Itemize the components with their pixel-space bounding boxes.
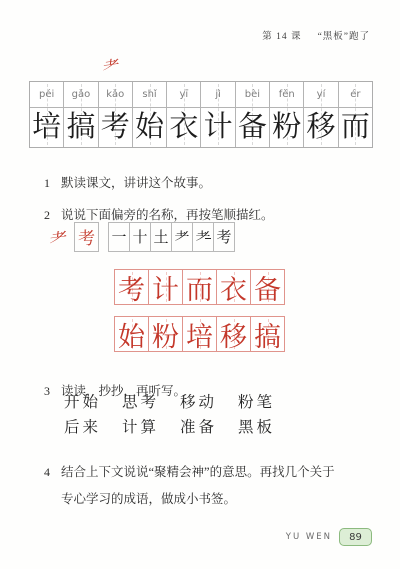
pinyin-label: kǎo (99, 82, 132, 108)
trace-glyph: 粉 (152, 315, 179, 354)
word-item: 开始 (64, 390, 122, 412)
word-item: 思考 (122, 390, 180, 412)
char-column: yī衣 (167, 82, 201, 147)
exercise-4-line2: 专心学习的成语，做成小书签。 (61, 486, 366, 513)
char-column: ér而 (339, 82, 372, 147)
red-trace-row-1: 考计而衣备 (114, 269, 285, 305)
pinyin-label: shǐ (133, 82, 166, 108)
character-glyph: 衣 (167, 108, 200, 147)
page-header: 第 14 课 “黑板”跑了 (262, 28, 370, 42)
char-column: kǎo考 (99, 82, 133, 147)
stroke-step-cell: 十 (129, 223, 150, 251)
word-item: 计算 (122, 415, 180, 437)
trace-glyph: 而 (186, 268, 213, 307)
trace-glyph: 计 (152, 268, 179, 307)
exercise-4-line1: 结合上下文说说“聚精会神”的意思。再找几个关于 (61, 465, 335, 479)
trace-cell: 搞 (251, 317, 284, 351)
pinyin-label: yí (304, 82, 337, 108)
pinyin-label: péi (30, 82, 63, 108)
character-glyph: 考 (99, 108, 132, 147)
exercise-2: 2说说下面偏旁的名称，再按笔顺描红。 (44, 205, 274, 223)
trace-cell: 计 (149, 270, 183, 304)
stroke-step-cell: 耂 (171, 223, 192, 251)
char-column: jì计 (201, 82, 235, 147)
character-glyph: 计 (201, 108, 234, 147)
word-item: 移动 (180, 390, 238, 412)
trace-glyph: 衣 (220, 268, 247, 307)
trace-glyph: 搞 (254, 315, 281, 354)
char-column: shǐ始 (133, 82, 167, 147)
char-column: péi培 (30, 82, 64, 147)
trace-cell: 粉 (149, 317, 183, 351)
exercise-1: 1默读课文，讲讲这个故事。 (44, 173, 211, 191)
stroke-step-cell: 土 (150, 223, 171, 251)
word-item: 后来 (64, 415, 122, 437)
lesson-title: “黑板”跑了 (318, 28, 370, 42)
footer-label: YU WEN (286, 532, 332, 542)
page-number-badge: 89 (339, 528, 372, 546)
page-footer: YU WEN 89 (286, 528, 372, 546)
pinyin-label: fěn (270, 82, 303, 108)
trace-cell: 培 (183, 317, 217, 351)
trace-cell: 移 (217, 317, 251, 351)
character-glyph: 备 (236, 108, 269, 147)
red-trace-row-2: 始粉培移搞 (114, 316, 285, 352)
red-radical-annotation: 耂 (102, 58, 120, 76)
trace-glyph: 考 (118, 268, 145, 307)
stroke-order-strip: 耂 考 一十土耂耂考 (50, 221, 235, 252)
word-list-row-1: 开始思考移动粉笔 (64, 390, 296, 412)
character-glyph: 培 (30, 108, 63, 147)
textbook-page: 第 14 课 “黑板”跑了 耂 péi培gǎo搞kǎo考shǐ始yī衣jì计bè… (0, 0, 400, 569)
exercise-1-text: 默读课文，讲讲这个故事。 (61, 176, 211, 190)
character-glyph: 而 (339, 108, 372, 147)
exercise-1-number: 1 (44, 176, 61, 191)
pinyin-label: ér (339, 82, 372, 108)
pinyin-label: gǎo (64, 82, 97, 108)
word-item: 粉笔 (238, 390, 296, 412)
trace-glyph: 移 (220, 315, 247, 354)
pinyin-label: yī (167, 82, 200, 108)
character-glyph: 搞 (64, 108, 97, 147)
char-column: yí移 (304, 82, 338, 147)
trace-cell: 始 (115, 317, 149, 351)
word-item: 准备 (180, 415, 238, 437)
char-column: gǎo搞 (64, 82, 98, 147)
stroke-steps: 一十土耂耂考 (108, 222, 235, 252)
trace-cell: 考 (115, 270, 149, 304)
stroke-step-cell: 一 (109, 223, 129, 251)
lesson-number: 第 14 课 (262, 28, 301, 42)
char-table: péi培gǎo搞kǎo考shǐ始yī衣jì计bèi备fěn粉yí移ér而 (29, 81, 373, 148)
char-column: bèi备 (236, 82, 270, 147)
exercise-2-text: 说说下面偏旁的名称，再按笔顺描红。 (61, 208, 274, 222)
handwritten-radical: 耂 (48, 223, 68, 250)
exercise-4: 4结合上下文说说“聚精会神”的意思。再找几个关于 专心学习的成语，做成小书签。 (44, 459, 366, 513)
pinyin-label: jì (201, 82, 234, 108)
pinyin-label: bèi (236, 82, 269, 108)
word-list-row-2: 后来计算准备黑板 (64, 415, 296, 437)
exercise-3-number: 3 (44, 384, 61, 399)
stroke-step-cell: 考 (213, 223, 234, 251)
word-item: 黑板 (238, 415, 296, 437)
trace-cell: 备 (251, 270, 284, 304)
trace-glyph: 备 (254, 268, 281, 307)
trace-glyph: 始 (118, 315, 145, 354)
trace-glyph: 培 (186, 315, 213, 354)
character-glyph: 粉 (270, 108, 303, 147)
exercise-4-number: 4 (44, 459, 61, 486)
trace-character-box: 考 (74, 222, 99, 252)
trace-cell: 衣 (217, 270, 251, 304)
trace-cell: 而 (183, 270, 217, 304)
char-column: fěn粉 (270, 82, 304, 147)
character-glyph: 始 (133, 108, 166, 147)
stroke-step-cell: 耂 (192, 223, 213, 251)
character-glyph: 移 (304, 108, 337, 147)
